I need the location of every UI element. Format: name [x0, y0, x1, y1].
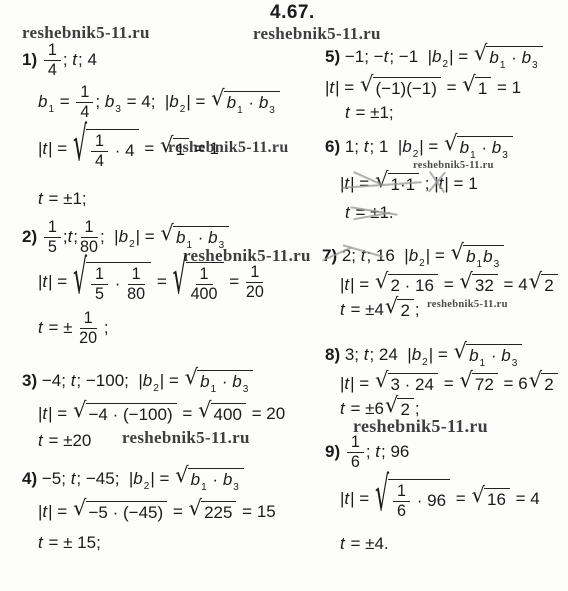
- problem-4-answer: t = ± 15;: [38, 533, 101, 553]
- problem-1-b-values: b1 = 14; b3 = 4; |b2| = √b1 · b3: [38, 84, 281, 121]
- problem-3-solution: |t| = √−4 · (−100) = √400 = 20: [38, 403, 285, 425]
- problem-4-given: 4) −5; t; −45; |b2| = √b1 · b3: [22, 468, 245, 490]
- problem-9-solution: |t| = √16 · 96 = √16 = 4: [340, 479, 540, 520]
- problem-3-given: 3) −4; t; −100; |b2| = √b1 · b3: [22, 370, 254, 392]
- page-title: 4.67.: [270, 2, 315, 24]
- problem-8-given: 8) 3; t; 24 |b2| = √b1 · b3: [325, 344, 523, 366]
- problem-1-answer: t = ±1;: [38, 189, 87, 209]
- problem-5-solution: |t| = √(−1)(−1) = √1 = 1: [325, 77, 521, 99]
- scanned-solution-page: 4.67. reshebnik5-11.ru reshebnik5-11.ru …: [0, 0, 568, 591]
- problem-2-answer: t = ± 120 ;: [38, 310, 109, 347]
- problem-6-given: 6) 1; t; 1 |b2| = √b1 · b3: [325, 136, 514, 158]
- problem-7-solution: |t| = √2 · 16 = √32 = 4√2: [340, 274, 559, 296]
- problem-5-given: 5) −1; −t; −1 |b2| = √b1 · b3: [325, 46, 544, 68]
- problem-2-given: 2) 15;t;180; |b2| = √b1 · b3: [22, 219, 230, 256]
- problem-9-answer: t = ±4.: [340, 534, 389, 554]
- watermark: reshebnik5-11.ru: [122, 428, 250, 448]
- problem-1-given: 1) 14; t; 4: [22, 42, 97, 79]
- problem-5-answer: t = ±1;: [345, 103, 394, 123]
- problem-1-solution: |t| = √14 · 4 = √1 = 1: [38, 129, 219, 170]
- problem-8-solution: |t| = √3 · 24 = √72 = 6√2: [340, 373, 559, 395]
- problem-2-solution: |t| = √15 · 180 = √1400 = 120: [38, 262, 266, 303]
- problem-4-solution: |t| = √−5 · (−45) = √225 = 15: [38, 501, 276, 523]
- problem-3-answer: t = ±20: [38, 431, 91, 451]
- watermark: reshebnik5-11.ru: [413, 160, 494, 171]
- problem-7-answer: t = ±4√2;: [340, 299, 420, 321]
- watermark: reshebnik5-11.ru: [253, 24, 381, 44]
- problem-9-given: 9) 16; t; 96: [325, 434, 409, 471]
- watermark: reshebnik5-11.ru: [22, 23, 150, 43]
- problem-8-answer: t = ±6√2;: [340, 398, 420, 420]
- watermark: reshebnik5-11.ru: [427, 299, 508, 310]
